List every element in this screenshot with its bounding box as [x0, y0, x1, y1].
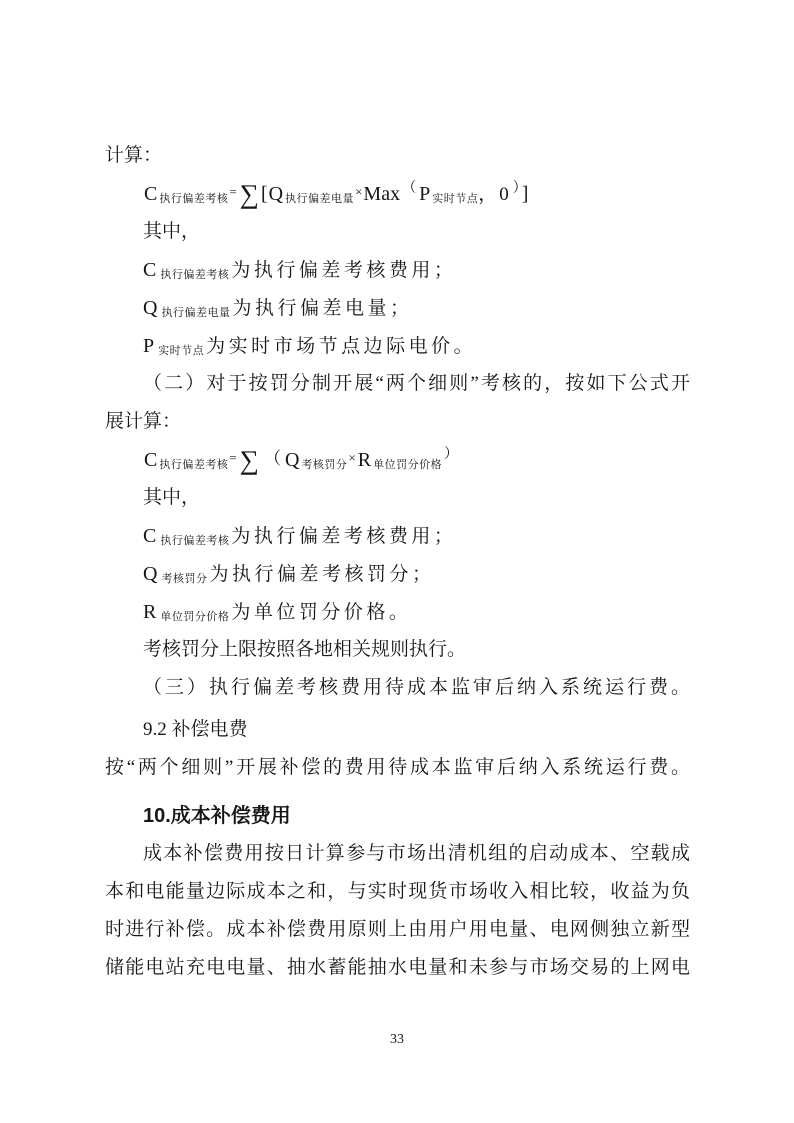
formula-symbol: R [358, 449, 371, 471]
paragraph-line-4: 储能电站充电电量、抽水蓄能抽水电量和未参与市场交易的上网电 [105, 949, 690, 987]
formula-symbol: Q [285, 449, 299, 471]
definition-text: 为执行偏差考核罚分； [209, 564, 434, 585]
definition-subscript: 执行偏差考核 [160, 535, 229, 547]
definition-r: R单位罚分价格为单位罚分价格。 [105, 593, 690, 631]
zero-value: 0 [499, 184, 509, 205]
formula-subscript: 执行偏差电量 [285, 193, 354, 205]
line-penalty-limit: 考核罚分上限按照各地相关规则执行。 [105, 631, 690, 669]
left-bracket: [ [261, 183, 268, 205]
formula-subscript: 单位罚分价格 [373, 459, 442, 471]
definition-c2: C执行偏差考核为执行偏差考核费用； [105, 517, 690, 555]
definition-symbol: Q [143, 563, 157, 585]
definition-symbol: R [143, 601, 156, 623]
times-sign: × [355, 184, 362, 199]
equals-sign: = [229, 184, 236, 199]
line-compensation-fee: 按“两个细则”开展补偿的费用待成本监审后纳入系统运行费。 [105, 749, 690, 787]
formula-subscript: 考核罚分 [301, 459, 347, 471]
page-number: 33 [390, 1032, 404, 1047]
formula-subscript: 执行偏差考核 [159, 459, 228, 471]
definition-q1: Q执行偏差电量为执行偏差电量； [105, 289, 690, 327]
definition-subscript: 实时节点 [158, 345, 204, 357]
definition-symbol: P [143, 335, 154, 357]
right-paren: ） [444, 447, 458, 462]
formula-subscript: 实时节点 [432, 193, 478, 205]
left-paren: （ [264, 449, 281, 468]
line-among-2: 其中， [105, 479, 690, 517]
right-paren: ） [513, 181, 520, 196]
line-item-2-part2: 展计算： [105, 403, 690, 441]
paragraph-line-1: 成本补偿费用按日计算参与市场出清机组的启动成本、空载成 [105, 835, 690, 873]
page-content: 计算： C执行偏差考核=∑[Q执行偏差电量×Max（P实时节点，0）] 其中， … [105, 137, 690, 987]
definition-symbol: C [143, 259, 156, 281]
document-page: 计算： C执行偏差考核=∑[Q执行偏差电量×Max（P实时节点，0）] 其中， … [0, 0, 794, 1123]
right-bracket: ] [522, 183, 529, 205]
definition-symbol: Q [143, 297, 157, 319]
heading-9-2: 9.2 补偿电费 [105, 711, 690, 749]
definition-p1: P实时节点为实时市场节点边际电价。 [105, 327, 690, 365]
sigma-symbol: ∑ [240, 445, 259, 475]
formula-symbol: C [144, 183, 157, 205]
heading-10: 10.成本补偿费用 [105, 797, 690, 835]
definition-subscript: 考核罚分 [161, 573, 207, 585]
definition-text: 为执行偏差考核费用； [231, 526, 456, 547]
max-function: Max [363, 183, 400, 205]
paragraph-line-3: 时进行补偿。成本补偿费用原则上由用户用电量、电网侧独立新型 [105, 911, 690, 949]
definition-text: 为实时市场节点边际电价。 [206, 336, 476, 357]
formula-deviation-assessment-1: C执行偏差考核=∑[Q执行偏差电量×Max（P实时节点，0）] [105, 175, 690, 213]
definition-symbol: C [143, 525, 156, 547]
definition-text: 为单位罚分价格。 [231, 602, 411, 623]
page-footer: 33 [0, 1030, 794, 1050]
definition-text: 为执行偏差考核费用； [231, 260, 456, 281]
left-paren: （ [402, 181, 416, 196]
comma: ， [478, 184, 497, 205]
definition-subscript: 单位罚分价格 [160, 611, 229, 623]
formula-symbol: Q [269, 183, 283, 205]
line-among-1: 其中， [105, 213, 690, 251]
line-item-3: （三）执行偏差考核费用待成本监审后纳入系统运行费。 [105, 669, 690, 707]
formula-deviation-assessment-2: C执行偏差考核=∑（Q考核罚分×R单位罚分价格） [105, 441, 690, 479]
sigma-symbol: ∑ [240, 179, 259, 209]
definition-c1: C执行偏差考核为执行偏差考核费用； [105, 251, 690, 289]
definition-subscript: 执行偏差电量 [161, 307, 230, 319]
formula-symbol: C [144, 449, 157, 471]
line-item-2-part1: （二）对于按罚分制开展“两个细则”考核的，按如下公式开 [105, 365, 690, 403]
equals-sign: = [229, 450, 236, 465]
formula-subscript: 执行偏差考核 [159, 193, 228, 205]
formula-symbol: P [419, 183, 430, 205]
times-sign: × [348, 450, 355, 465]
definition-text: 为执行偏差电量； [232, 298, 412, 319]
definition-subscript: 执行偏差考核 [160, 269, 229, 281]
line-calc-label: 计算： [105, 137, 690, 175]
definition-q2: Q考核罚分为执行偏差考核罚分； [105, 555, 690, 593]
paragraph-line-2: 本和电能量边际成本之和，与实时现货市场收入相比较，收益为负 [105, 873, 690, 911]
